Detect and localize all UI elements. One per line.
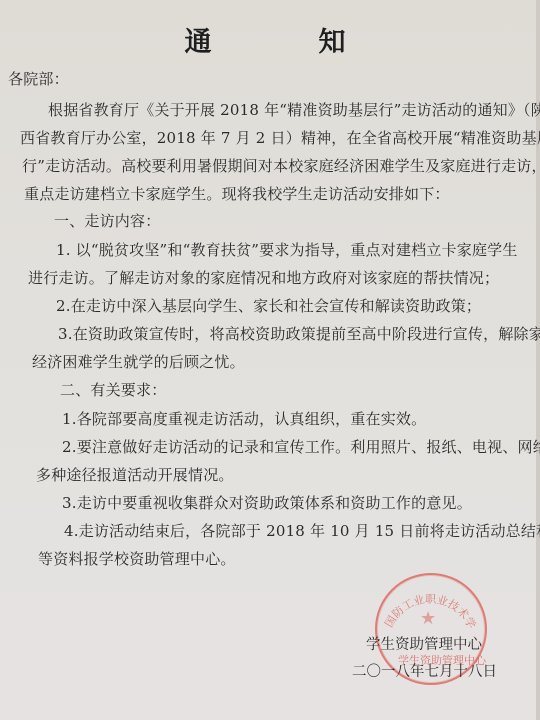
section1-item3-line2: 经济困难学生就学的后顾之忧。 xyxy=(32,351,245,372)
intro-line-3: 行”走访活动。高校要利用暑假期间对本校家庭经济困难学生及家庭进行走访， xyxy=(22,155,540,176)
section2-item3: 3.走访中要重视收集群众对资助政策体系和资助工作的意见。 xyxy=(62,492,472,513)
intro-line-1: 根据省教育厅《关于开展 2018 年“精准资助基层行”走访活动的通知》（陕 xyxy=(48,99,540,120)
issue-date: 二〇一八年七月十八日 xyxy=(352,660,497,681)
issuer-name: 学生资助管理中心 xyxy=(366,633,482,654)
section2-item4-line1: 4.走访活动结束后，各院部于 2018 年 10 月 15 日前将走访活动总结和… xyxy=(64,520,540,541)
section2-heading: 二、有关要求： xyxy=(60,379,166,400)
section2-item4-line2: 等资料报学校资助管理中心。 xyxy=(38,548,236,569)
seal-star-icon: ★ xyxy=(420,608,436,629)
intro-line-4: 重点走访建档立卡家庭学生。现将我校学生走访活动安排如下： xyxy=(24,183,450,204)
section2-item1: 1.各院部要高度重视走访活动，认真组织，重在实效。 xyxy=(62,408,426,429)
salutation: 各院部： xyxy=(8,68,69,89)
intro-line-2: 西省教育厅办公室，2018 年 7 月 2 日）精神，在全省高校开展“精准资助基… xyxy=(20,127,540,148)
section1-item2: 2.在走访中深入基层向学生、家长和社会宣传和解读资助政策； xyxy=(56,295,481,316)
section2-item2-line1: 2.要注意做好走访活动的记录和宣传工作。利用照片、报纸、电视、网络等 xyxy=(62,436,540,457)
section2-item2-line2: 多种途径报道活动开展情况。 xyxy=(36,464,234,485)
section1-heading: 一、走访内容： xyxy=(54,210,160,231)
section1-item3-line1: 3.在资助政策宣传时，将高校资助政策提前至高中阶段进行宣传，解除家庭 xyxy=(58,323,540,344)
section1-item1-line2: 进行走访。了解走访对象的家庭情况和地方政府对该家庭的帮扶情况； xyxy=(28,267,499,288)
document-title: 通 知 xyxy=(0,20,540,59)
section1-item1-line1: 1. 以“脱贫攻坚”和“教育扶贫”要求为指导，重点对建档立卡家庭学生 xyxy=(56,239,518,260)
